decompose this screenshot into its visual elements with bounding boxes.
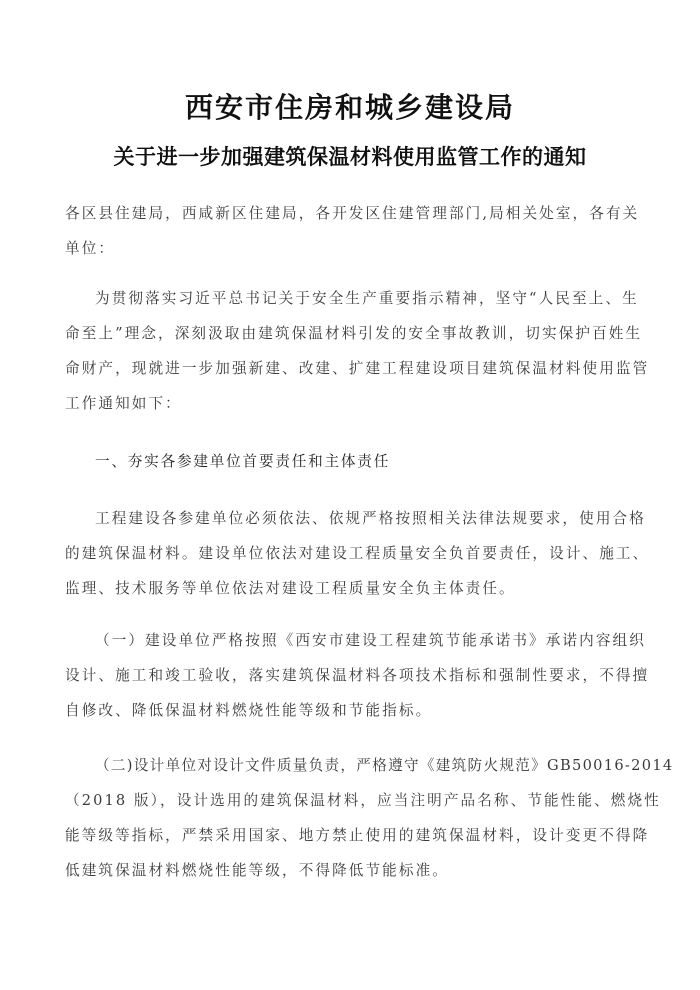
document-page: 西安市住房和城乡建设局 关于进一步加强建筑保温材料使用监管工作的通知 各区县住建… [0, 0, 700, 990]
section-heading: 一、夯实各参建单位首要责任和主体责任 [95, 452, 665, 472]
intro-line: 工作通知如下： [65, 394, 635, 414]
paragraph-line: 工程建设各参建单位必须依法、依规严格按照相关法律法规要求，使用合格 [95, 509, 635, 529]
paragraph-line: 的建筑保温材料。建设单位依法对建设工程质量安全负首要责任，设计、施工、 [65, 544, 635, 564]
notice-title: 关于进一步加强建筑保温材料使用监管工作的通知 [0, 141, 700, 171]
intro-line: 为贯彻落实习近平总书记关于安全生产重要指示精神，坚守“人民至上、生 [95, 289, 635, 309]
item-line: （二)设计单位对设计文件质量负责，严格遵守《建筑防火规范》GB50016-201… [95, 756, 635, 776]
item-line: 能等级等指标，严禁采用国家、地方禁止使用的建筑保温材料，设计变更不得降 [65, 826, 635, 846]
issuer-title: 西安市住房和城乡建设局 [0, 86, 700, 126]
intro-line: 命财产，现就进一步加强新建、改建、扩建工程建设项目建筑保温材料使用监管 [65, 359, 635, 379]
addressee-line: 各区县住建局，西咸新区住建局，各开发区住建管理部门,局相关处室，各有关 [65, 204, 635, 224]
intro-line: 命至上”理念，深刻汲取由建筑保温材料引发的安全事故教训，切实保护百姓生 [65, 324, 635, 344]
item-line: （2018 版），设计选用的建筑保温材料，应当注明产品名称、节能性能、燃烧性 [65, 791, 635, 811]
item-line: 设计、施工和竣工验收，落实建筑保温材料各项技术指标和强制性要求，不得擅 [65, 666, 635, 686]
item-line: 自修改、降低保温材料燃烧性能等级和节能指标。 [65, 701, 635, 721]
paragraph-line: 监理、技术服务等单位依法对建设工程质量安全负主体责任。 [65, 579, 635, 599]
addressee-line: 单位： [65, 239, 635, 259]
item-line: （一）建设单位严格按照《西安市建设工程建筑节能承诺书》承诺内容组织 [95, 631, 635, 651]
item-line: 低建筑保温材料燃烧性能等级，不得降低节能标准。 [65, 861, 635, 881]
